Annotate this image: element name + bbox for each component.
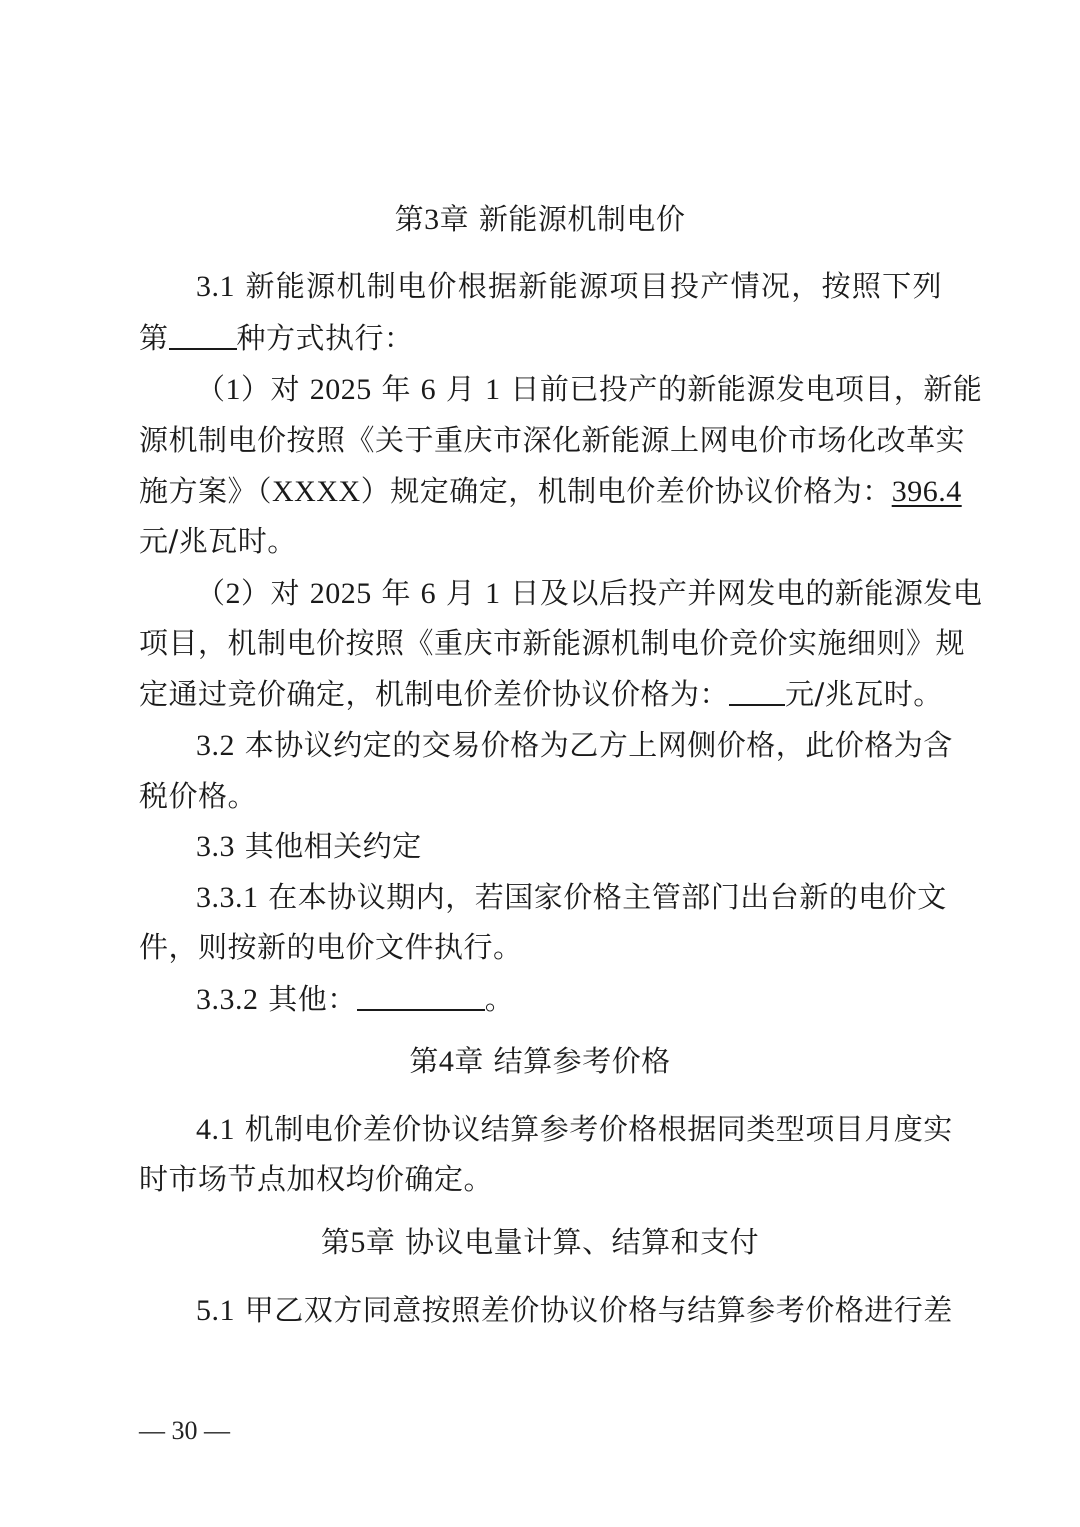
fill-in-blank-other[interactable] bbox=[357, 979, 485, 1011]
text: 源机制电价按照《关于重庆市深化新能源上网电价市场化改革实 bbox=[139, 423, 965, 457]
section-3-2-line-2: 税价格。 bbox=[139, 777, 942, 815]
text: 施方案》（ bbox=[139, 474, 272, 508]
section-3-3-2: 3.3.2 其他：。 bbox=[196, 979, 942, 1019]
chapter-title-text: 章 协议电量计算、结算和支付 bbox=[366, 1225, 759, 1259]
month: 6 bbox=[421, 577, 437, 610]
document-page: 第3章 新能源机制电价 3.1 新能源机制电价根据新能源项目投产情况，按照下列 … bbox=[0, 0, 1080, 1527]
year: 2025 bbox=[310, 577, 372, 610]
chapter-number: 5 bbox=[350, 1226, 366, 1259]
section-number: 3.2 bbox=[196, 729, 235, 762]
item-2-line-2: 项目，机制电价按照《重庆市新能源机制电价竞价实施细则》规 bbox=[139, 624, 942, 662]
chapter-number: 3 bbox=[424, 203, 440, 236]
item-1-line-2: 源机制电价按照《关于重庆市深化新能源上网电价市场化改革实 bbox=[139, 421, 942, 459]
section-text: 新能源机制电价根据新能源项目投产情况，按照下列 bbox=[235, 269, 942, 303]
item-2-line-3: 定通过竞价确定，机制电价差价协议价格为：元/兆瓦时。 bbox=[139, 674, 942, 713]
chapter-3-title: 第3章 新能源机制电价 bbox=[0, 200, 1080, 239]
section-5-1-line-1: 5.1 甲乙双方同意按照差价协议价格与结算参考价格进行差 bbox=[196, 1291, 942, 1330]
section-3-3-1-line-1: 3.3.1 在本协议期内，若国家价格主管部门出台新的电价文 bbox=[196, 878, 942, 917]
text: ）规定确定，机制电价差价协议价格为： bbox=[361, 474, 892, 508]
chapter-4-title: 第4章 结算参考价格 bbox=[0, 1042, 1080, 1081]
text: 。 bbox=[485, 982, 515, 1016]
item-2-line-1: （2）对 2025 年 6 月 1 日及以后投产并网发电的新能源发电 bbox=[196, 574, 942, 613]
text: 年 bbox=[372, 576, 421, 610]
section-3-1-line-2: 第种方式执行： bbox=[139, 318, 942, 357]
section-3-3-1-line-2: 件，则按新的电价文件执行。 bbox=[139, 928, 942, 966]
text: 日及以后投产并网发电的新能源发电 bbox=[501, 576, 983, 610]
text: 定通过竞价确定，机制电价差价协议价格为： bbox=[139, 677, 729, 711]
section-text: 在本协议期内，若国家价格主管部门出台新的电价文 bbox=[259, 880, 947, 914]
text: 月 bbox=[436, 372, 485, 406]
item-1-line-1: （1）对 2025 年 6 月 1 日前已投产的新能源发电项目，新能 bbox=[196, 370, 942, 409]
text: 日前已投产的新能源发电项目，新能 bbox=[501, 372, 983, 406]
section-4-1-line-2: 时市场节点加权均价确定。 bbox=[139, 1160, 942, 1198]
text: （ bbox=[196, 576, 226, 610]
page-number: — 30 — bbox=[139, 1416, 230, 1446]
month: 6 bbox=[421, 373, 437, 406]
chapter-number: 4 bbox=[439, 1045, 455, 1078]
chapter-prefix: 第 bbox=[321, 1225, 351, 1259]
section-number: 3.3 bbox=[196, 830, 235, 863]
year: 2025 bbox=[310, 373, 372, 406]
section-number: 4.1 bbox=[196, 1113, 235, 1146]
section-3-1-line-1: 3.1 新能源机制电价根据新能源项目投产情况，按照下列 bbox=[196, 267, 942, 306]
chapter-title-text: 章 新能源机制电价 bbox=[440, 202, 686, 236]
section-text: 其他： bbox=[259, 982, 357, 1016]
section-4-1-line-1: 4.1 机制电价差价协议结算参考价格根据同类型项目月度实 bbox=[196, 1110, 942, 1149]
chapter-prefix: 第 bbox=[395, 202, 425, 236]
section-3-3: 3.3 其他相关约定 bbox=[196, 827, 942, 866]
price-unit: 元/兆瓦时。 bbox=[139, 524, 297, 558]
text: 第 bbox=[139, 321, 169, 355]
text: 税价格。 bbox=[139, 779, 257, 813]
section-number: 3.3.1 bbox=[196, 881, 259, 914]
section-number: 3.3.2 bbox=[196, 983, 259, 1016]
item-number: 2 bbox=[226, 577, 242, 610]
day: 1 bbox=[485, 577, 501, 610]
section-number: 5.1 bbox=[196, 1294, 235, 1327]
item-1-line-4: 元/兆瓦时。 bbox=[139, 522, 942, 560]
text: 种方式执行： bbox=[237, 321, 414, 355]
chapter-prefix: 第 bbox=[409, 1044, 439, 1078]
text: 项目，机制电价按照《重庆市新能源机制电价竞价实施细则》规 bbox=[139, 626, 965, 660]
document-code: XXXX bbox=[272, 475, 361, 508]
fill-in-blank-price[interactable] bbox=[729, 674, 785, 706]
text: ）对 bbox=[241, 372, 310, 406]
section-number: 3.1 bbox=[196, 270, 235, 303]
text: 时市场节点加权均价确定。 bbox=[139, 1162, 493, 1196]
text: ）对 bbox=[241, 576, 310, 610]
text: 年 bbox=[372, 372, 421, 406]
section-text: 甲乙双方同意按照差价协议价格与结算参考价格进行差 bbox=[235, 1293, 953, 1327]
text: 月 bbox=[436, 576, 485, 610]
chapter-title-text: 章 结算参考价格 bbox=[454, 1044, 670, 1078]
chapter-5-title: 第5章 协议电量计算、结算和支付 bbox=[0, 1223, 1080, 1262]
item-1-line-3: 施方案》（XXXX）规定确定，机制电价差价协议价格为：396.4 bbox=[139, 472, 942, 511]
text: （ bbox=[196, 372, 226, 406]
section-text: 其他相关约定 bbox=[235, 829, 422, 863]
fill-in-blank-method[interactable] bbox=[169, 318, 237, 350]
mechanism-price-value: 396.4 bbox=[892, 475, 962, 508]
section-3-2-line-1: 3.2 本协议约定的交易价格为乙方上网侧价格，此价格为含 bbox=[196, 726, 942, 765]
section-text: 本协议约定的交易价格为乙方上网侧价格，此价格为含 bbox=[235, 728, 953, 762]
text: 件，则按新的电价文件执行。 bbox=[139, 930, 523, 964]
item-number: 1 bbox=[226, 373, 242, 406]
price-unit: 元/兆瓦时。 bbox=[785, 677, 943, 711]
section-text: 机制电价差价协议结算参考价格根据同类型项目月度实 bbox=[235, 1112, 953, 1146]
day: 1 bbox=[485, 373, 501, 406]
